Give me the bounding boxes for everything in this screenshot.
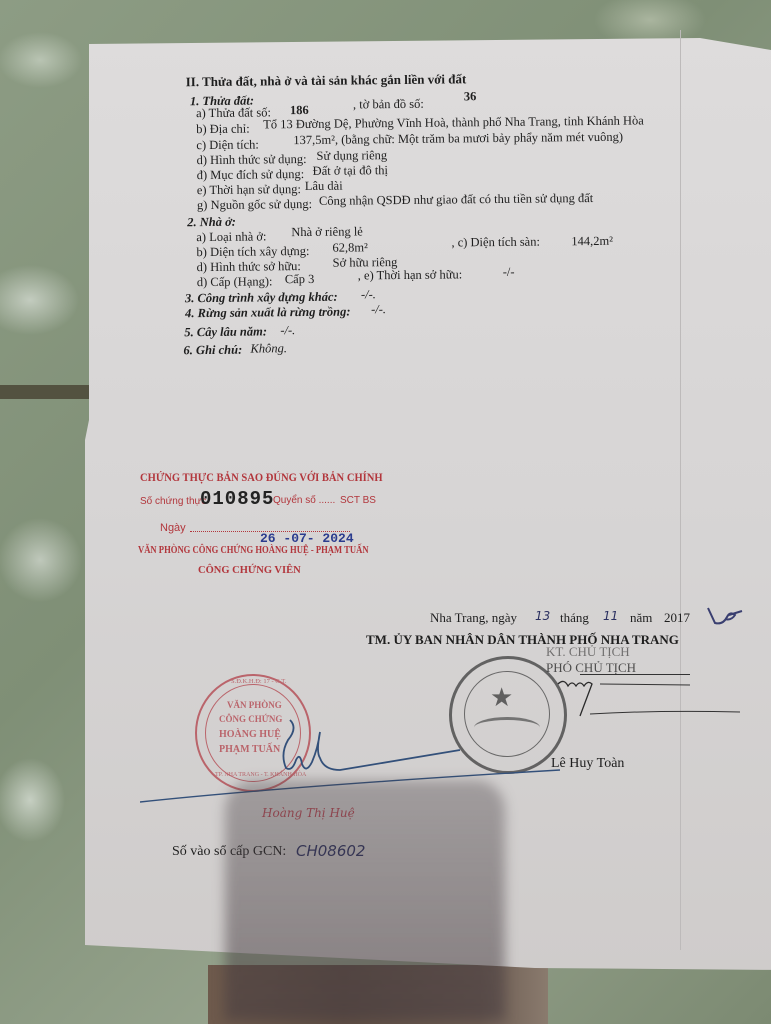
signing-year-label: năm — [630, 610, 652, 626]
stamp-book-value: SCT BS — [340, 495, 376, 506]
area-value: 137,5m², (bằng chữ: Một trăm ba mươi bảy… — [293, 130, 623, 148]
purpose-value: Đất ở tại đô thị — [313, 163, 389, 179]
signing-month-label: tháng — [560, 610, 589, 626]
stamp-book-label: Quyển số ...... — [273, 495, 335, 506]
signing-month: 11 — [603, 609, 618, 623]
stamp-number-label: Số chứng thực — [140, 496, 206, 507]
hand-shadow — [225, 780, 505, 1020]
perennial-label: 5. Cây lâu năm: — [184, 324, 267, 340]
other-construction-label: 3. Công trình xây dựng khác: — [185, 290, 338, 307]
official-signature — [540, 670, 750, 730]
own-term-value: -/- — [503, 265, 515, 280]
address-label: b) Địa chỉ: — [196, 122, 250, 138]
note-label: 6. Ghi chú: — [183, 343, 242, 359]
other-construction-value: -/-. — [361, 287, 376, 302]
term-value: Lâu dài — [305, 179, 343, 194]
area-label: c) Diện tích: — [196, 137, 259, 153]
house-heading: 2. Nhà ở: — [187, 215, 236, 231]
notary-seal-ring-top: S.Đ.K.H.Đ: 17 - C.T. — [231, 678, 286, 685]
parcel-label: a) Thửa đất số: — [196, 105, 271, 121]
stamp-office: VĂN PHÒNG CÔNG CHỨNG HOÀNG HUỆ - PHẠM TU… — [138, 545, 369, 556]
forest-value: -/-. — [371, 302, 386, 317]
initials-mark — [705, 605, 745, 627]
signing-on-behalf: KT. CHỦ TỊCH — [546, 644, 630, 660]
map-sheet-number: 36 — [464, 89, 477, 104]
origin-label: g) Nguồn gốc sử dụng: — [197, 197, 312, 213]
section-title: II. Thửa đất, nhà ở và tài sản khác gắn … — [186, 71, 467, 90]
floor-area-value: 144,2m² — [571, 234, 613, 249]
floor-area-label: , c) Diện tích sàn: — [451, 235, 540, 251]
forest-label: 4. Rừng sản xuất là rừng trồng: — [185, 305, 351, 322]
use-form-label: d) Hình thức sử dụng: — [196, 152, 306, 168]
notary-seal-line1: VĂN PHÒNG — [227, 700, 282, 710]
grade-value: Cấp 3 — [285, 272, 315, 287]
signing-day: 13 — [535, 609, 550, 623]
stamp-date-label: Ngày — [160, 522, 186, 534]
stamp-date: 26 -07- 2024 — [260, 531, 354, 546]
map-sheet-label: , tờ bản đồ số: — [353, 97, 424, 113]
use-form-value: Sử dụng riêng — [316, 148, 387, 164]
stamp-role: CÔNG CHỨNG VIÊN — [198, 565, 301, 576]
signing-place: Nha Trang, ngày — [430, 610, 517, 626]
purpose-label: đ) Mục đích sử dụng: — [197, 167, 305, 183]
house-type-value: Nhà ở riêng lẻ — [291, 224, 363, 240]
note-value: Không. — [250, 341, 287, 356]
signing-year: 2017 — [664, 610, 690, 626]
perennial-value: -/-. — [280, 323, 295, 338]
signer-name: Lê Huy Toàn — [551, 756, 624, 772]
house-type-label: a) Loại nhà ở: — [196, 229, 266, 245]
origin-value: Công nhận QSDĐ như giao đất có thu tiền … — [319, 191, 593, 209]
stamp-title: CHỨNG THỰC BẢN SAO ĐÚNG VỚI BẢN CHÍNH — [140, 470, 383, 485]
own-term-label: , e) Thời hạn sở hữu: — [358, 267, 463, 283]
stamp-number: 010895 — [200, 488, 274, 510]
signing-authority: TM. ỦY BAN NHÂN DÂN THÀNH PHỐ NHA TRANG — [366, 632, 679, 648]
build-area-label: b) Diện tích xây dựng: — [196, 244, 309, 260]
grade-label: d) Cấp (Hạng): — [197, 274, 273, 290]
term-label: e) Thời hạn sử dụng: — [197, 182, 301, 198]
star-emblem-icon: ★ — [490, 683, 513, 713]
build-area-value: 62,8m² — [332, 240, 368, 255]
parcel-number: 186 — [290, 103, 309, 118]
